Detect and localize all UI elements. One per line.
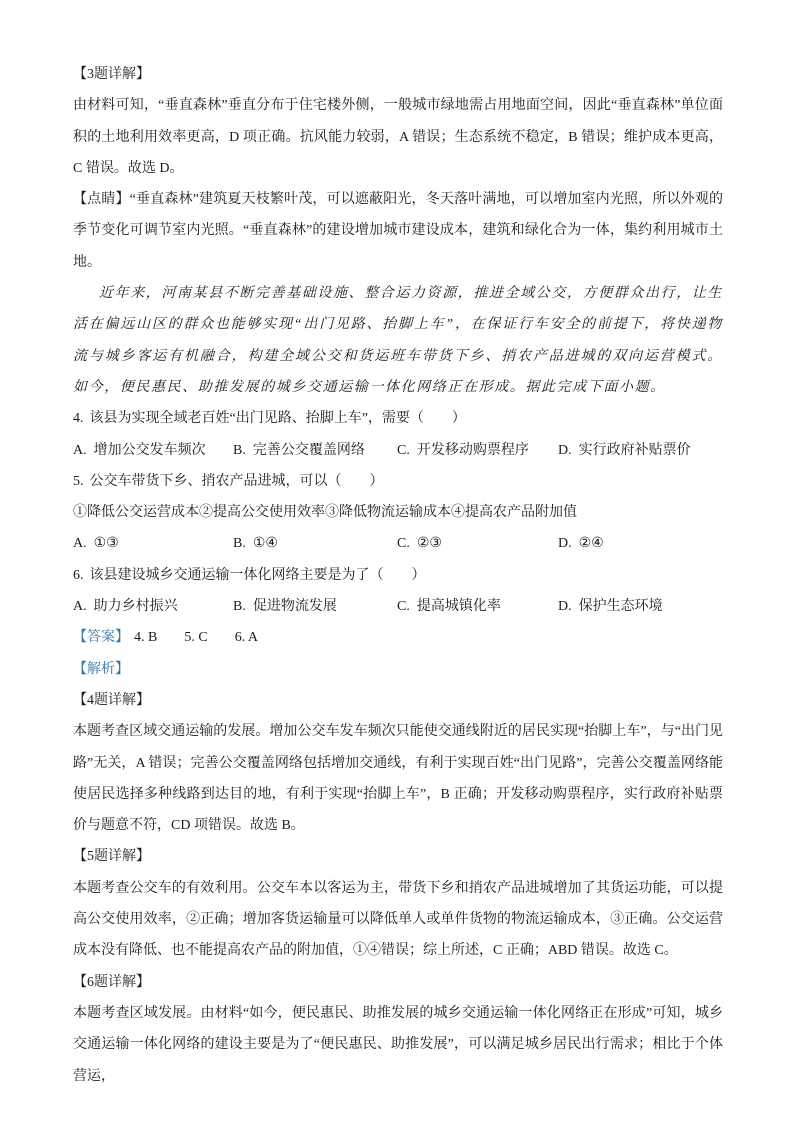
option-4-d: D.实行政府补贴票价 (558, 435, 723, 466)
option-5-c: C.②③ (397, 528, 558, 559)
option-4-b-label: B. (233, 443, 246, 458)
dianjing-label: 【点睛】 (73, 192, 130, 207)
para-q6-analysis: 本题考查区域发展。由材料“如今，便民惠民、助推发展的城乡交通运输一体化网络正在形… (73, 998, 723, 1092)
option-4-d-label: D. (558, 443, 572, 458)
dianjing-body: “垂直森林”建筑夏天枝繁叶茂，可以遮蔽阳光，冬天落叶满地，可以增加室内光照，所以… (73, 192, 723, 270)
heading-q4-detail: 【4题详解】 (73, 685, 723, 716)
option-4-a-label: A. (73, 443, 87, 458)
option-6-c-text: 提高城镇化率 (417, 599, 501, 614)
question-4-number: 4. (73, 411, 84, 426)
option-4-c-text: 开发移动购票程序 (417, 443, 529, 458)
option-4-c: C.开发移动购票程序 (397, 435, 558, 466)
option-4-a-text: 增加公交发车频次 (94, 443, 206, 458)
question-4-options: A.增加公交发车频次 B.完善公交覆盖网络 C.开发移动购票程序 D.实行政府补… (73, 435, 723, 466)
jiexi-label: 【解析】 (73, 654, 723, 685)
option-5-b-label: B. (233, 536, 246, 551)
heading-q6-detail: 【6题详解】 (73, 967, 723, 998)
heading-q5-detail: 【5题详解】 (73, 841, 723, 872)
option-5-d: D.②④ (558, 528, 723, 559)
question-5-text: 公交车带货下乡、捎农产品进城，可以（ ） (90, 474, 384, 489)
option-4-b-text: 完善公交覆盖网络 (253, 443, 365, 458)
heading-q3-detail: 【3题详解】 (73, 59, 723, 90)
question-6-number: 6. (73, 568, 84, 583)
para-q5-analysis: 本题考查公交车的有效利用。公交车本以客运为主，带货下乡和捎农产品进城增加了其货运… (73, 873, 723, 967)
option-6-b-label: B. (233, 599, 246, 614)
option-6-b: B.促进物流发展 (233, 591, 397, 622)
option-4-a: A.增加公交发车频次 (73, 435, 233, 466)
option-6-c: C.提高城镇化率 (397, 591, 558, 622)
option-4-d-text: 实行政府补贴票价 (579, 443, 691, 458)
question-5-statements: ①降低公交运营成本②提高公交使用效率③降低物流运输成本④提高农产品附加值 (73, 497, 723, 528)
option-6-d-text: 保护生态环境 (579, 599, 663, 614)
option-4-c-label: C. (397, 443, 410, 458)
question-6-text: 该县建设城乡交通运输一体化网络主要是为了（ ） (90, 568, 426, 583)
answer-q4: 4. B (134, 630, 157, 645)
passage-material: 近年来，河南某县不断完善基础设施、整合运力资源，推进全域公交，方便群众出行，让生… (73, 278, 723, 403)
option-5-a: A.①③ (73, 528, 233, 559)
question-6-stem: 6.该县建设城乡交通运输一体化网络主要是为了（ ） (73, 560, 723, 591)
para-q3-analysis: 由材料可知，“垂直森林”垂直分布于住宅楼外侧，一般城市绿地需占用地面空间，因此“… (73, 90, 723, 184)
option-5-b: B.①④ (233, 528, 397, 559)
option-6-a: A.助力乡村振兴 (73, 591, 233, 622)
option-5-a-label: A. (73, 536, 87, 551)
answer-line: 【答案】4. B5. C6. A (73, 622, 723, 653)
option-6-d: D.保护生态环境 (558, 591, 723, 622)
answer-label: 【答案】 (73, 630, 129, 645)
option-5-d-text: ②④ (579, 536, 604, 551)
question-4-stem: 4.该县为实现全域老百姓“出门见路、抬脚上车”，需要（ ） (73, 403, 723, 434)
option-6-b-text: 促进物流发展 (253, 599, 337, 614)
question-4-text: 该县为实现全域老百姓“出门见路、抬脚上车”，需要（ ） (90, 411, 466, 426)
para-dianjing: 【点睛】“垂直森林”建筑夏天枝繁叶茂，可以遮蔽阳光，冬天落叶满地，可以增加室内光… (73, 184, 723, 278)
option-5-c-label: C. (397, 536, 410, 551)
option-5-c-text: ②③ (417, 536, 442, 551)
option-6-a-label: A. (73, 599, 87, 614)
option-6-d-label: D. (558, 599, 572, 614)
answer-q5: 5. C (184, 630, 207, 645)
question-5-number: 5. (73, 474, 84, 489)
option-5-a-text: ①③ (94, 536, 119, 551)
document-page: 【3题详解】 由材料可知，“垂直森林”垂直分布于住宅楼外侧，一般城市绿地需占用地… (0, 0, 793, 1122)
option-5-b-text: ①④ (253, 536, 278, 551)
question-5-options: A.①③ B.①④ C.②③ D.②④ (73, 528, 723, 559)
option-6-a-text: 助力乡村振兴 (94, 599, 178, 614)
question-5-stem: 5.公交车带货下乡、捎农产品进城，可以（ ） (73, 466, 723, 497)
para-q4-analysis: 本题考查区域交通运输的发展。增加公交车发车频次只能使交通线附近的居民实现“抬脚上… (73, 716, 723, 841)
answer-q6: 6. A (235, 630, 258, 645)
question-6-options: A.助力乡村振兴 B.促进物流发展 C.提高城镇化率 D.保护生态环境 (73, 591, 723, 622)
option-4-b: B.完善公交覆盖网络 (233, 435, 397, 466)
option-6-c-label: C. (397, 599, 410, 614)
option-5-d-label: D. (558, 536, 572, 551)
